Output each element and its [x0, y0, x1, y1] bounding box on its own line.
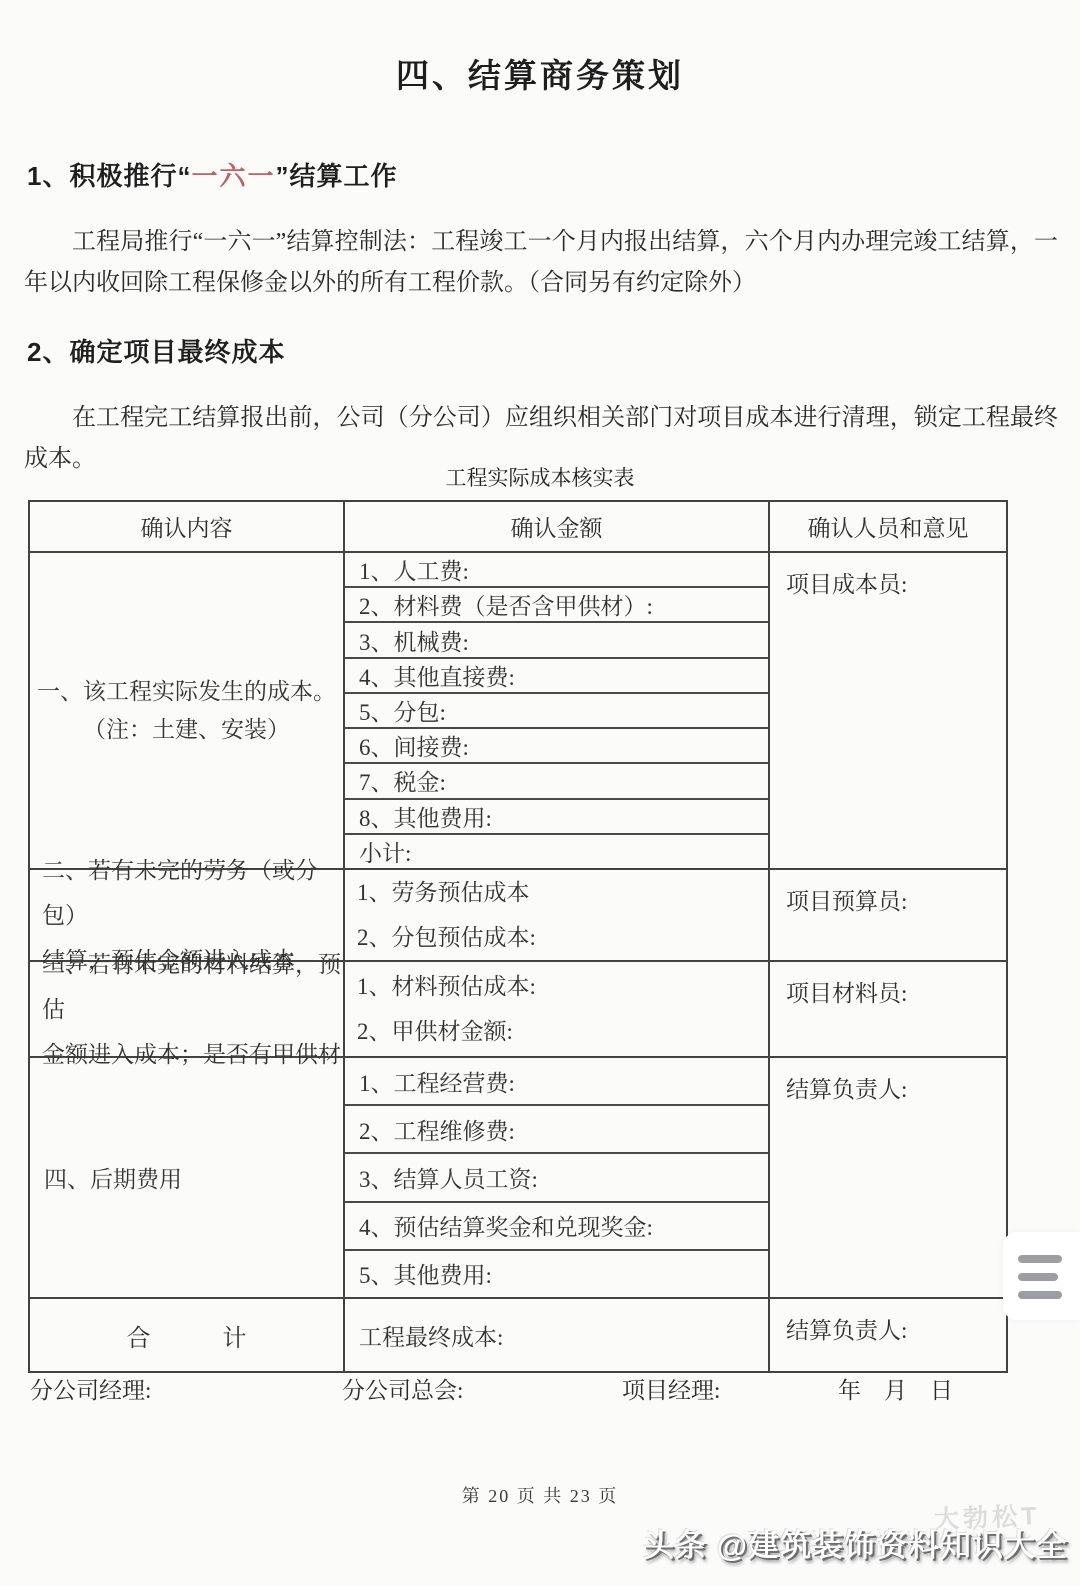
- row1-content-line2: （注：土建、安装）: [83, 711, 290, 749]
- amount-item-material-estimate: 1、材料预估成本:: [357, 964, 768, 1009]
- menu-bar-middle: [1018, 1273, 1058, 1281]
- amount-item-labor-estimate: 1、劳务预估成本: [357, 870, 768, 915]
- amount-item-machinery: 3、机械费:: [345, 623, 768, 658]
- row2-person-cell: 项目预算员:: [770, 870, 1006, 960]
- cost-verification-table: 确认内容 确认金额 确认人员和意见 一、该工程实际发生的成本。 （注：土建、安装…: [28, 500, 1008, 1373]
- row3-content-line1: 三、若有未完的材料结算，预估: [42, 942, 343, 1032]
- table-row-actual-cost: 一、该工程实际发生的成本。 （注：土建、安装） 1、人工费: 2、材料费（是否含…: [30, 553, 1006, 870]
- total-label-cell: 合 计: [30, 1299, 343, 1371]
- section-1-heading-highlight: 一六一: [191, 161, 275, 191]
- table-row-later-costs: 四、后期费用 1、工程经营费: 2、工程维修费: 3、结算人员工资: 4、预估结…: [30, 1058, 1006, 1299]
- col-header-amount: 确认金额: [343, 502, 770, 551]
- page-title: 四、结算商务策划: [0, 50, 1080, 97]
- table-caption: 工程实际成本核实表: [0, 462, 1080, 492]
- table-header-row: 确认内容 确认金额 确认人员和意见: [30, 502, 1006, 553]
- hamburger-menu-icon[interactable]: [1003, 1232, 1080, 1320]
- amount-item-labor: 1、人工费:: [345, 553, 768, 588]
- amount-item-other-direct: 4、其他直接费:: [345, 659, 768, 694]
- table-row-total: 合 计 工程最终成本: 结算负责人:: [30, 1299, 1006, 1371]
- amount-item-indirect: 6、间接费:: [345, 729, 768, 764]
- amount-item-operating-fee: 1、工程经营费:: [345, 1058, 768, 1106]
- section-2-heading: 2、确定项目最终成本: [27, 332, 285, 369]
- row4-person-cell: 结算负责人:: [770, 1058, 1006, 1297]
- table-row-unfinished-material: 三、若有未完的材料结算，预估 金额进入成本；是否有甲供材 1、材料预估成本: 2…: [30, 962, 1006, 1058]
- page-number: 第 20 页 共 23 页: [0, 1482, 1080, 1508]
- paragraph-1: 工程局推行“一六一”结算控制法：工程竣工一个月内报出结算，六个月内办理完竣工结算…: [24, 222, 1058, 304]
- amount-item-other: 5、其他费用:: [345, 1251, 768, 1297]
- section-1-heading: 1、积极推行“一六一”结算工作: [27, 156, 398, 193]
- byline-watermark: 头条 @建筑装饰资料知识大全: [643, 1520, 1068, 1565]
- row2-amount-cell: 1、劳务预估成本 2、分包预估成本:: [343, 870, 770, 960]
- amount-item-maintenance-fee: 2、工程维修费:: [345, 1106, 768, 1154]
- row1-content-line1: 一、该工程实际发生的成本。: [37, 673, 336, 711]
- total-amount-cell: 工程最终成本:: [343, 1299, 770, 1371]
- row3-person-cell: 项目材料员:: [770, 962, 1006, 1056]
- section-1-heading-post: ”结算工作: [275, 161, 397, 191]
- row1-person-cell: 项目成本员:: [770, 553, 1006, 868]
- row3-amount-cell: 1、材料预估成本: 2、甲供材金额:: [343, 962, 770, 1056]
- col-header-person: 确认人员和意见: [770, 502, 1006, 551]
- menu-bar-bottom: [1018, 1291, 1062, 1299]
- row4-amount-cell: 1、工程经营费: 2、工程维修费: 3、结算人员工资: 4、预估结算奖金和兑现奖…: [343, 1058, 770, 1297]
- row1-amount-cell: 1、人工费: 2、材料费（是否含甲供材）: 3、机械费: 4、其他直接费: 5、…: [343, 553, 770, 868]
- amount-item-subtotal: 小计:: [345, 835, 768, 868]
- amount-item-material: 2、材料费（是否含甲供材）:: [345, 588, 768, 623]
- menu-bar-top: [1018, 1255, 1062, 1263]
- col-header-content: 确认内容: [30, 502, 343, 551]
- signature-project-manager: 项目经理:: [622, 1372, 720, 1405]
- amount-item-subcontract-estimate: 2、分包预估成本:: [357, 915, 768, 960]
- signature-branch-manager: 分公司经理:: [30, 1372, 151, 1405]
- amount-item-staff-wages: 3、结算人员工资:: [345, 1154, 768, 1202]
- row3-content-cell: 三、若有未完的材料结算，预估 金额进入成本；是否有甲供材: [30, 962, 343, 1056]
- amount-item-owner-supplied: 2、甲供材金额:: [357, 1009, 768, 1054]
- signature-date: 年 月 日: [838, 1372, 953, 1405]
- amount-item-tax: 7、税金:: [345, 764, 768, 799]
- section-1-heading-pre: 1、积极推行“: [27, 161, 191, 191]
- row1-content-cell: 一、该工程实际发生的成本。 （注：土建、安装）: [30, 553, 343, 868]
- total-person-cell: 结算负责人:: [770, 1299, 1006, 1371]
- signature-branch-chief-accountant: 分公司总会:: [342, 1372, 463, 1405]
- amount-item-subcontract: 5、分包:: [345, 694, 768, 729]
- amount-item-bonus: 4、预估结算奖金和兑现奖金:: [345, 1203, 768, 1251]
- row2-content-line1: 二、若有未完的劳务（或分包）: [42, 848, 343, 938]
- row4-content-cell: 四、后期费用: [30, 1058, 343, 1297]
- amount-item-other-fee: 8、其他费用:: [345, 800, 768, 835]
